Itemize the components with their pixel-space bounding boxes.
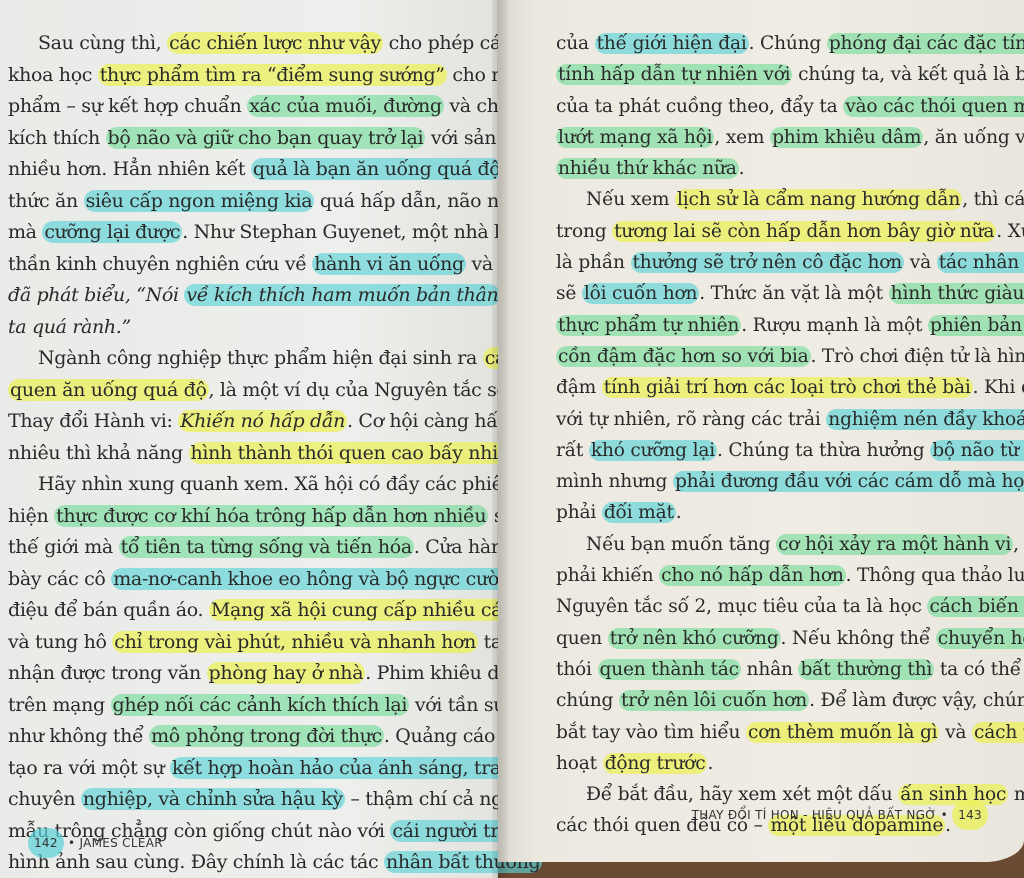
text-line: Ngành công nghiệp thực phẩm hiện đại sin… [8,343,481,375]
text-line: thực phẩm tự nhiên. Rượu mạnh là một phi… [556,310,1004,341]
highlight-mark: cơn thèm muốn là gì [746,722,939,743]
highlight-mark: bất thường thì [798,659,934,680]
highlight-mark: ma-nơ-canh khoe eo hông và bộ ngực cường [111,568,524,590]
highlight-mark: bộ não và giữ cho bạn quay trở lại [106,127,426,149]
text-line: phải khiến cho nó hấp dẫn hơn. Thông qua… [556,560,1004,591]
text-line: tạo ra với một sự kết hợp hoàn hảo của á… [8,753,481,785]
highlight-mark: mô phỏng trong đời thực [149,725,384,747]
text-line: của ta phát cuồng theo, đẩy ta vào các t… [556,91,1004,122]
highlight-mark: Khiến nó hấp dẫn [178,410,347,432]
text-line: ta quá rành.” [8,312,481,344]
highlight-mark: thực phẩm tự nhiên [556,315,741,336]
highlight-mark: cho nó hấp dẫn hơn [659,565,845,586]
highlight-mark: nhiều thứ khác nữa [556,158,739,179]
highlight-mark: về kích thích ham muốn bản thân [184,284,500,306]
text-line: trong tương lai sẽ còn hấp dẫn hơn bây g… [556,216,1004,247]
highlight-mark: lịch sử là cẩm nang hướng dẫn [675,189,962,210]
highlight-mark: tính hấp dẫn tự nhiên với [556,64,792,85]
footer-separator: • [68,836,75,850]
text-line: nhận được trong văn phòng hay ở nhà. Phi… [8,658,481,690]
highlight-mark: phòng hay ở nhà [207,662,366,684]
page-number: 143 [952,800,988,830]
highlight-mark: quen thành tác [598,659,741,680]
highlight-mark: phim khiêu dâm [770,127,923,148]
running-head-author: JAMES CLEAR [79,836,162,850]
text-line: và tung hô chỉ trong vài phút, nhiều và … [8,627,481,659]
text-line: hiện thực được cơ khí hóa trông hấp dẫn … [8,501,481,533]
highlight-mark: cơ hội xảy ra một hành vi [776,534,1013,555]
text-line: tính hấp dẫn tự nhiên với chúng ta, và k… [556,59,1004,90]
highlight-mark: tương lai sẽ còn hấp dẫn hơn bây giờ nữa [612,221,996,242]
highlight-mark: phiên bản có độ [928,315,1024,336]
text-line: phẩm – sự kết hợp chuẩn xác của muối, đư… [8,91,481,123]
highlight-mark: nghiệm nén đầy khoái [826,409,1024,430]
text-line: cồn đậm đặc hơn so với bia. Trò chơi điệ… [556,341,1004,372]
highlight-mark: hình thức giàu ca-lo hơn [889,283,1024,304]
running-head-title: THAY ĐỔI TÍ HON - HIỆU QUẢ BẤT NGỜ [692,808,937,822]
page-number: 142 [28,828,64,858]
text-line: chúng trở nên lôi cuốn hơn. Để làm được … [556,685,1004,716]
highlight-mark: hành vi ăn uống [312,253,466,275]
text-line: Nếu bạn muốn tăng cơ hội xảy ra một hành… [556,529,1004,560]
text-line: khoa học thực phẩm tìm ra “điểm sung sướ… [8,60,481,92]
text-line: bắt tay vào tìm hiểu cơn thèm muốn là gì… [556,717,1004,748]
highlight-mark: cách biến các thói [927,596,1024,617]
highlight-mark: khó cưỡng lại [589,440,717,461]
highlight-mark: thực phẩm tìm ra “điểm sung sướng” [98,64,447,86]
highlight-mark: các chiến lược như vậy [167,32,383,54]
text-line: thức ăn siêu cấp ngon miệng kia quá hấp … [8,186,481,218]
text-line: hoạt động trước. [556,748,1004,779]
text-line: Nếu xem lịch sử là cẩm nang hướng dẫn, t… [556,184,1004,215]
left-page-footer: 142 • JAMES CLEAR [28,828,163,858]
highlight-mark: đối mặt [602,502,676,523]
text-line: nhiều hơn. Hẳn nhiên kết quả là bạn ăn u… [8,154,481,186]
highlight-mark: thực được cơ khí hóa trông hấp dẫn hơn n… [54,505,488,527]
highlight-mark: động trước [603,753,708,774]
text-line: Thay đổi Hành vi: Khiến nó hấp dẫn. Cơ h… [8,406,481,438]
highlight-mark: phải đương đầu với các cám dỗ mà họ khôn… [673,471,1024,492]
left-page: Sau cùng thì, các chiến lược như vậy cho… [0,0,498,878]
text-line: Sau cùng thì, các chiến lược như vậy cho… [8,28,481,60]
text-line: kích thích bộ não và giữ cho bạn quay tr… [8,123,481,155]
highlight-mark: tác nhân kích thích [937,252,1024,273]
text-line: với tự nhiên, rõ ràng các trải nghiệm né… [556,404,1004,435]
highlight-mark: chỉ trong vài phút, nhiều và nhanh hơn [112,631,478,653]
highlight-mark: trở nên khó cưỡng [608,628,781,649]
highlight-mark: trở nên lôi cuốn hơn [619,690,809,711]
text-line: sẽ lôi cuốn hơn. Thức ăn vặt là một hình… [556,278,1004,309]
highlight-mark: thưởng sẽ trở nên cô đặc hơn [631,252,905,273]
highlight-mark: lướt mạng xã hội [556,127,714,148]
highlight-mark: tính giải trí hơn các loại trò chơi thẻ … [602,377,973,398]
text-line: lướt mạng xã hội, xem phim khiêu dâm, ăn… [556,122,1004,153]
footer-separator: • [941,808,948,822]
highlight-mark: phóng đại các đặc tính [827,33,1024,54]
text-line: mình nhưng phải đương đầu với các cám dỗ… [556,466,1004,497]
highlight-mark: cồn đậm đặc hơn so với bia [556,346,811,367]
text-line: chuyên nghiệp, và chỉnh sửa hậu kỳ – thậ… [8,784,481,816]
text-line: Hãy nhìn xung quanh xem. Xã hội có đầy c… [8,469,481,501]
text-line: thói quen thành tác nhân bất thường thì … [556,654,1004,685]
text-line: của thế giới hiện đại. Chúng phóng đại c… [556,28,1004,59]
highlight-mark: bộ não từ tổ [930,440,1024,461]
text-line: thần kinh chuyên nghiên cứu về hành vi ă… [8,249,481,281]
highlight-mark: quả là bạn ăn uống quá độ [251,158,503,180]
highlight-mark: lôi cuốn hơn [582,283,699,304]
right-page-footer: THAY ĐỔI TÍ HON - HIỆU QUẢ BẤT NGỜ • 143 [692,800,988,830]
highlight-mark: tổ tiên ta từng sống và tiến hóa [119,536,414,558]
text-line: thế giới mà tổ tiên ta từng sống và tiến… [8,532,481,564]
text-line: điệu để bán quần áo. Mạng xã hội cung cấ… [8,595,481,627]
text-line: là phần thưởng sẽ trở nên cô đặc hơn và … [556,247,1004,278]
text-line: quen ăn uống quá độ, là một ví dụ của Ng… [8,375,481,407]
highlight-mark: quen ăn uống quá độ [8,379,209,401]
highlight-mark: xác của muối, đường [247,95,444,117]
text-line: đã phát biểu, “Nói về kích thích ham muố… [8,280,481,312]
highlight-mark: ghép nối các cảnh kích thích lại [111,694,410,716]
text-line: bày các cô ma-nơ-canh khoe eo hông và bộ… [8,564,481,596]
highlight-mark: hình thành thói quen cao bấy nhiêu [189,442,523,464]
text-line: rất khó cưỡng lại. Chúng ta thừa hưởng b… [556,435,1004,466]
text-line: như không thể mô phỏng trong đời thực. Q… [8,721,481,753]
book-gutter [492,0,508,878]
text-line: phải đối mặt. [556,497,1004,528]
text-line: mà cưỡng lại được. Như Stephan Guyenet, … [8,217,481,249]
text-line: quen trở nên khó cưỡng. Nếu không thể ch… [556,623,1004,654]
text-line: nhiêu thì khả năng hình thành thói quen … [8,438,481,470]
highlight-mark: siêu cấp ngon miệng kia [84,190,315,212]
text-line: đậm tính giải trí hơn các loại trò chơi … [556,372,1004,403]
text-line: Nguyên tắc số 2, mục tiêu của ta là học … [556,591,1004,622]
highlight-mark: nghiệp, và chỉnh sửa hậu kỳ [81,788,345,810]
text-line: nhiều thứ khác nữa. [556,153,1004,184]
right-page: của thế giới hiện đại. Chúng phóng đại c… [498,0,1024,862]
highlight-mark: chuyển hóa từng [936,628,1024,649]
highlight-mark: vào các thói quen mua sắm [843,96,1024,117]
highlight-mark: thế giới hiện đại [595,33,749,54]
text-line: trên mạng ghép nối các cảnh kích thích l… [8,690,481,722]
highlight-mark: cưỡng lại được [42,221,182,243]
highlight-mark: cách thức [972,722,1024,743]
